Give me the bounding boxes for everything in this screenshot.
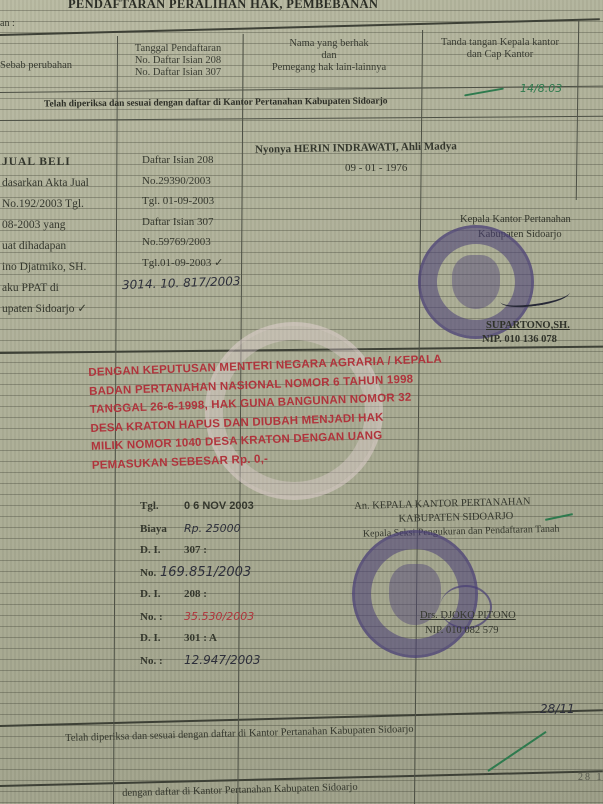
cause-line: uat dihadapan — [2, 236, 89, 257]
cause-line: upaten Sidoarjo ✓ — [2, 299, 89, 320]
field-row: No.169.851/2003 — [140, 562, 261, 585]
entry-1-registration: Daftar Isian 208 No.29390/2003 Tgl. 01-0… — [142, 150, 223, 273]
field-label: No. — [140, 563, 160, 585]
entry-1-cause: JUAL BELI dasarkan Akta Jual No.192/2003… — [2, 152, 89, 320]
field-row: D. I.208 : — [140, 584, 261, 606]
registration-line: No.29390/2003 — [142, 171, 223, 192]
field-row: No. :35.530/2003 — [140, 606, 261, 629]
header-line: No. Daftar Isian 208 — [118, 55, 238, 67]
cause-line: aku PPAT di — [2, 278, 89, 299]
field-label: Biaya — [140, 519, 184, 541]
cause-line: No.192/2003 Tgl. — [2, 194, 89, 215]
official-name-2: Drs. DJOKO PITONO — [420, 610, 516, 621]
check-row-2-date: 28/11 — [540, 702, 575, 716]
decree-stamp: DENGAN KEPUTUSAN MENTERI NEGARA AGRARIA … — [88, 350, 446, 474]
cause-line: 08-2003 yang — [2, 215, 89, 236]
check-row-1-date: 14/8.03 — [520, 82, 562, 95]
field-row: D. I.307 : — [140, 540, 261, 562]
field-row: D. I.301 : A — [140, 628, 261, 650]
field-value: 12.947/2003 — [184, 653, 261, 667]
check-row-2-top — [0, 709, 603, 727]
check-row-1-text: Telah diperiksa dan sesuai dengan daftar… — [44, 97, 388, 110]
field-value: 169.851/2003 — [160, 565, 251, 580]
entry-2-fields: Tgl.0 6 NOV 2003 BiayaRp. 25000 D. I.307… — [140, 496, 261, 672]
field-label: No. : — [140, 651, 184, 673]
field-row: BiayaRp. 25000 — [140, 518, 261, 541]
field-value: 35.530/2003 — [184, 610, 254, 623]
field-label: Tgl. — [140, 496, 184, 518]
registration-line: Tgl. 01-09-2003 — [142, 191, 223, 212]
field-row: No. :12.947/2003 — [140, 650, 261, 673]
check-row-1-initial — [464, 88, 504, 97]
header-line: Tanda tangan Kepala kantor — [420, 37, 580, 49]
header-line: dan — [244, 50, 414, 62]
field-label: No. : — [140, 607, 184, 629]
holder-name: Nyonya HERIN INDRAWATI, Ahli Madya — [255, 140, 457, 156]
registration-line: Daftar Isian 208 — [142, 150, 223, 171]
page-title: PENDAFTARAN PERALIHAN HAK, PEMBEBANAN — [68, 0, 378, 12]
field-label: D. I. — [140, 584, 184, 606]
cause-type: JUAL BELI — [2, 152, 89, 173]
registration-line: No.59769/2003 — [142, 232, 223, 253]
header-divider — [0, 86, 603, 93]
column-header-registration: Tanggal Pendaftaran No. Daftar Isian 208… — [118, 43, 238, 79]
garuda-emblem-icon — [452, 255, 500, 309]
column-header-signature: Tanda tangan Kepala kantor dan Cap Kanto… — [420, 37, 580, 61]
title-prefix: an : — [0, 18, 15, 29]
check-row-2-text: Telah diperiksa dan sesuai dengan daftar… — [65, 724, 414, 744]
field-value: 208 : — [184, 588, 207, 600]
corner-number: 28 1 — [578, 772, 603, 783]
holder-birthdate: 09 - 01 - 1976 — [345, 162, 407, 174]
official-nip-1: NIP. 010 136 078 — [482, 334, 557, 345]
field-label: D. I. — [140, 540, 184, 562]
registration-line: Daftar Isian 307 — [142, 212, 223, 233]
entry-1-handwritten-ref: 3014. 10. 817/2003 — [122, 274, 241, 292]
header-line: Pemegang hak lain-lainnya — [244, 62, 414, 74]
official-name-1: SUPARTONO,SH. — [486, 320, 570, 331]
field-value: Rp. 25000 — [184, 522, 241, 535]
field-label: D. I. — [140, 628, 184, 650]
cause-line: ino Djatmiko, SH. — [2, 257, 89, 278]
field-value: 301 : A — [184, 632, 217, 644]
signature-2 — [440, 585, 492, 629]
registration-line: Tgl.01-09-2003 ✓ — [142, 253, 223, 274]
field-row: Tgl.0 6 NOV 2003 — [140, 496, 261, 518]
header-line: No. Daftar Isian 307 — [118, 67, 238, 79]
check-row-divider — [0, 116, 603, 121]
check-row-3-text: dengan daftar di Kantor Pertanahan Kabup… — [122, 782, 358, 799]
header-line: dan Cap Kantor — [420, 49, 580, 61]
column-header-holder: Nama yang berhak dan Pemegang hak lain-l… — [244, 38, 414, 74]
field-value: 307 : — [184, 544, 207, 556]
header-line: Nama yang berhak — [244, 38, 414, 50]
field-value: 0 6 NOV 2003 — [184, 500, 254, 512]
header-line: Tanggal Pendaftaran — [118, 43, 238, 55]
entry-2-office: An. KEPALA KANTOR PERTANAHAN KABUPATEN S… — [352, 495, 560, 542]
table-top-border — [0, 18, 600, 36]
document-page: PENDAFTARAN PERALIHAN HAK, PEMBEBANAN an… — [0, 0, 603, 804]
column-header-cause: Sebab perubahan — [0, 60, 112, 72]
check-row-3-initial — [487, 731, 546, 772]
cause-line: dasarkan Akta Jual — [2, 173, 89, 194]
official-nip-2: NIP. 010 082 579 — [425, 625, 499, 636]
